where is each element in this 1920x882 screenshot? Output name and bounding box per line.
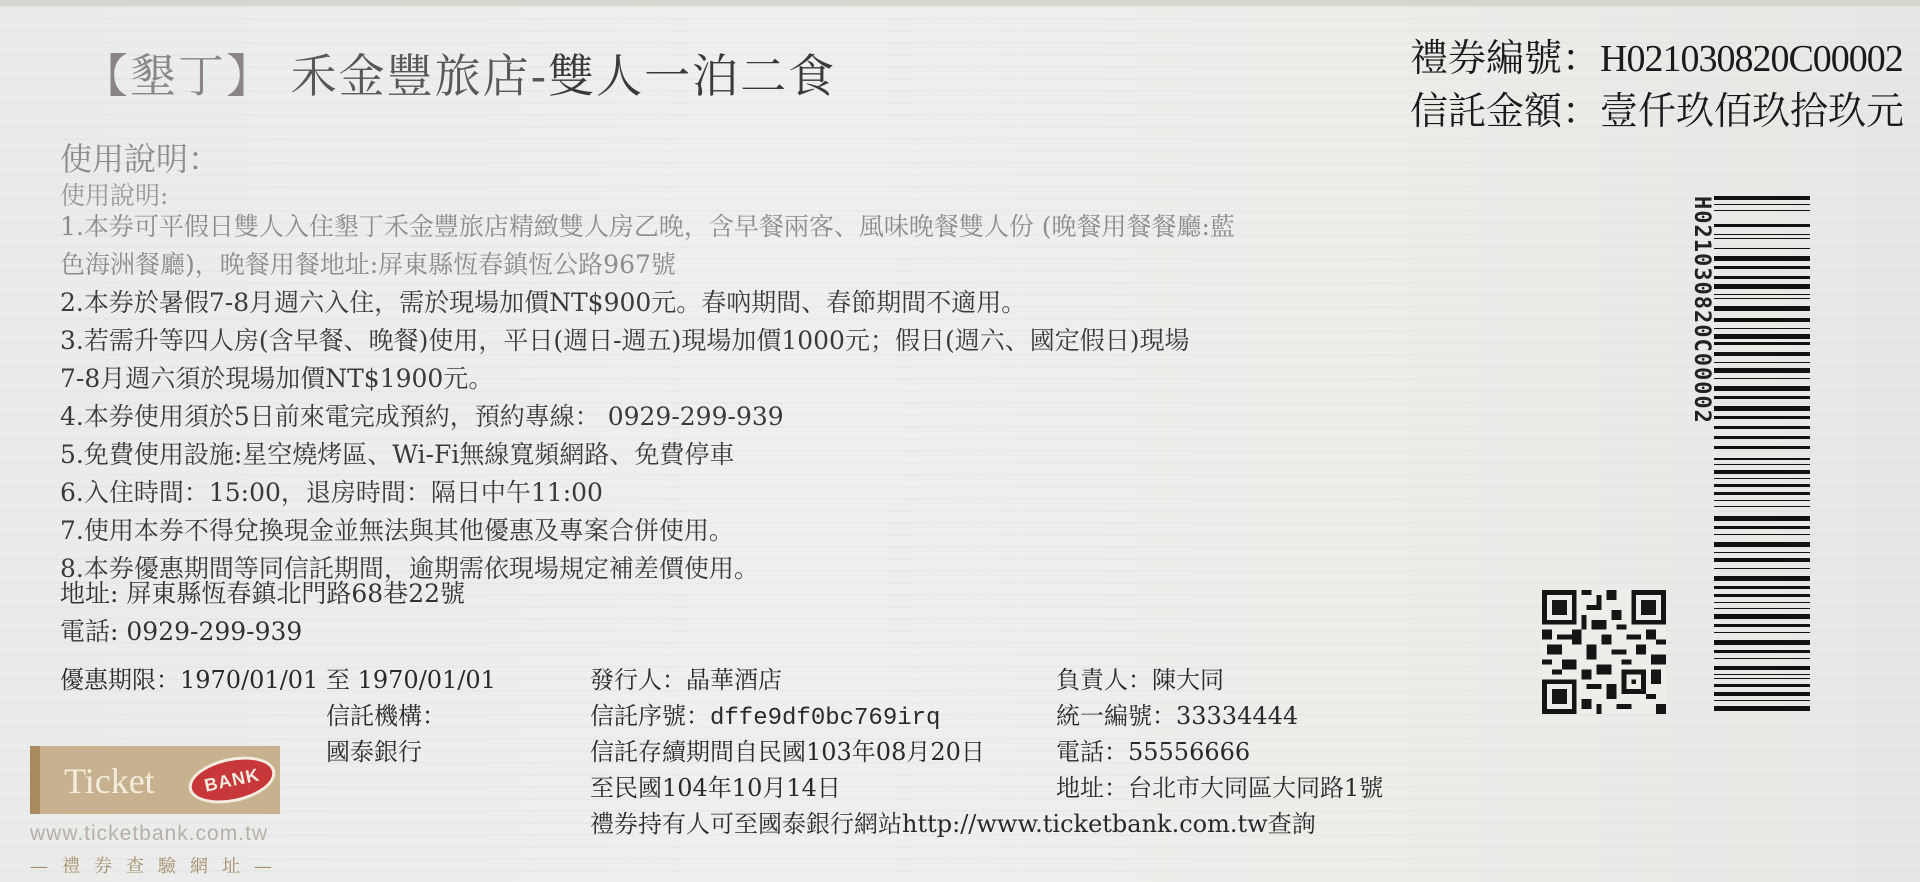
title-bracket-left: 【	[82, 49, 130, 103]
usage-rules: 1.本券可平假日雙人入住墾丁禾金豐旅店精緻雙人房乙晚，含早餐兩客、風味晚餐雙人份…	[60, 208, 1235, 588]
hotel-address: 地址: 屏東縣恆春鎮北門路68巷22號	[60, 574, 465, 610]
rule-line: 5.免費使用設施:星空燒烤區、Wi-Fi無線寬頻網路、免費停車	[60, 436, 1235, 474]
amount-label: 信託金額：	[1410, 89, 1600, 133]
issuer-value: 晶華酒店	[686, 666, 782, 694]
trust-number-label: 信託序號：	[590, 702, 710, 730]
serial-value: H021030820C00002	[1600, 38, 1903, 80]
logo-caption: —禮券查驗網址—	[30, 852, 286, 878]
issuer-address-label: 地址：	[1056, 774, 1128, 802]
responsible-value: 陳大同	[1152, 666, 1224, 694]
hotel-address-value: 屏東縣恆春鎮北門路68巷22號	[126, 579, 465, 608]
trust-institution-label: 信託機構：	[326, 696, 446, 731]
hotel-address-label: 地址:	[60, 579, 118, 608]
voucher-serial-block: 禮券編號：H021030820C00002 信託金額：壹仟玖佰玖拾玖元	[1410, 32, 1904, 137]
title-location: 墾丁	[130, 49, 226, 103]
serial-row: 禮券編號：H021030820C00002	[1410, 32, 1904, 85]
issuer-address: 地址：台北市大同區大同路1號	[1056, 768, 1383, 803]
trust-period-start: 信託存續期間自民國103年08月20日	[590, 732, 985, 767]
rule-line: 4.本券使用須於5日前來電完成預約，預約專線： 0929-299-939	[60, 398, 1235, 436]
issuer-phone: 電話：55556666	[1056, 732, 1250, 767]
tax-id: 統一編號：33334444	[1056, 696, 1298, 731]
issuer: 發行人：晶華酒店	[590, 660, 782, 695]
voucher-title: 【墾丁】 禾金豐旅店-雙人一泊二食	[82, 40, 836, 106]
responsible-label: 負責人：	[1056, 666, 1152, 694]
rule-line: 3.若需升等四人房(含早餐、晚餐)使用，平日(週日-週五)現場加價1000元；假…	[60, 322, 1235, 360]
title-bracket-right: 】	[226, 49, 274, 103]
rule-line: 7-8月週六須於現場加價NT$1900元。	[60, 360, 1235, 398]
title-separator: -	[531, 49, 549, 103]
hotel-phone-value: 0929-299-939	[126, 617, 302, 646]
logo-bar	[30, 746, 40, 814]
logo-bank-badge: BANK	[184, 749, 279, 810]
issuer-label: 發行人：	[590, 666, 686, 694]
usage-subheading: 使用說明:	[60, 176, 168, 212]
title-hotel: 禾金豐旅店	[291, 49, 531, 103]
rule-line: 2.本券於暑假7-8月週六入住，需於現場加價NT$900元。春吶期間、春節期間不…	[60, 284, 1235, 322]
logo-url: www.ticketbank.com.tw	[30, 822, 268, 846]
responsible-person: 負責人：陳大同	[1056, 660, 1224, 695]
logo-word: Ticket	[64, 760, 155, 802]
barcode-number: H021030820C00002	[1686, 196, 1714, 486]
usage-heading: 使用說明：	[60, 134, 220, 180]
hotel-phone-label: 電話:	[60, 617, 118, 646]
tax-id-label: 統一編號：	[1056, 702, 1176, 730]
tax-id-value: 33334444	[1176, 702, 1298, 730]
rule-line: 7.使用本券不得兌換現金並無法與其他優惠及專案合併使用。	[60, 512, 1235, 550]
amount-value: 壹仟玖佰玖拾玖元	[1600, 89, 1904, 133]
serial-label: 禮券編號：	[1410, 36, 1600, 80]
amount-row: 信託金額：壹仟玖佰玖拾玖元	[1410, 85, 1904, 137]
hotel-phone: 電話: 0929-299-939	[60, 612, 302, 648]
barcode-icon	[1714, 196, 1810, 716]
trust-number-value: dffe9df0bc769irq	[710, 705, 940, 732]
issuer-phone-label: 電話：	[1056, 738, 1128, 766]
validity-to: 1970/01/01	[358, 666, 496, 694]
issuer-phone-value: 55556666	[1128, 738, 1250, 766]
trust-institution: 國泰銀行	[326, 732, 422, 767]
rule-line: 6.入住時間：15:00，退房時間：隔日中午11:00	[60, 474, 1235, 512]
validity-to-word: 至	[326, 666, 350, 694]
trust-query-note: 禮券持有人可至國泰銀行網站http://www.ticketbank.com.t…	[590, 804, 1316, 839]
validity-period: 優惠期限：1970/01/01 至 1970/01/01	[60, 660, 496, 695]
ticketbank-logo: Ticket BANK	[30, 746, 280, 814]
rule-line: 色海洲餐廳)，晚餐用餐地址:屏東縣恆春鎮恆公路967號	[60, 246, 1235, 284]
title-package: 雙人一泊二食	[548, 49, 836, 103]
voucher-ticket: 【墾丁】 禾金豐旅店-雙人一泊二食 禮券編號：H021030820C00002 …	[0, 6, 1920, 882]
validity-label: 優惠期限：	[60, 666, 180, 694]
rule-line: 1.本券可平假日雙人入住墾丁禾金豐旅店精緻雙人房乙晚，含早餐兩客、風味晚餐雙人份…	[60, 208, 1235, 246]
trust-period-end: 至民國104年10月14日	[590, 768, 841, 803]
issuer-address-value: 台北市大同區大同路1號	[1128, 774, 1383, 802]
validity-from: 1970/01/01	[180, 666, 318, 694]
qr-code-icon	[1542, 590, 1666, 714]
trust-number: 信託序號：dffe9df0bc769irq	[590, 696, 940, 732]
